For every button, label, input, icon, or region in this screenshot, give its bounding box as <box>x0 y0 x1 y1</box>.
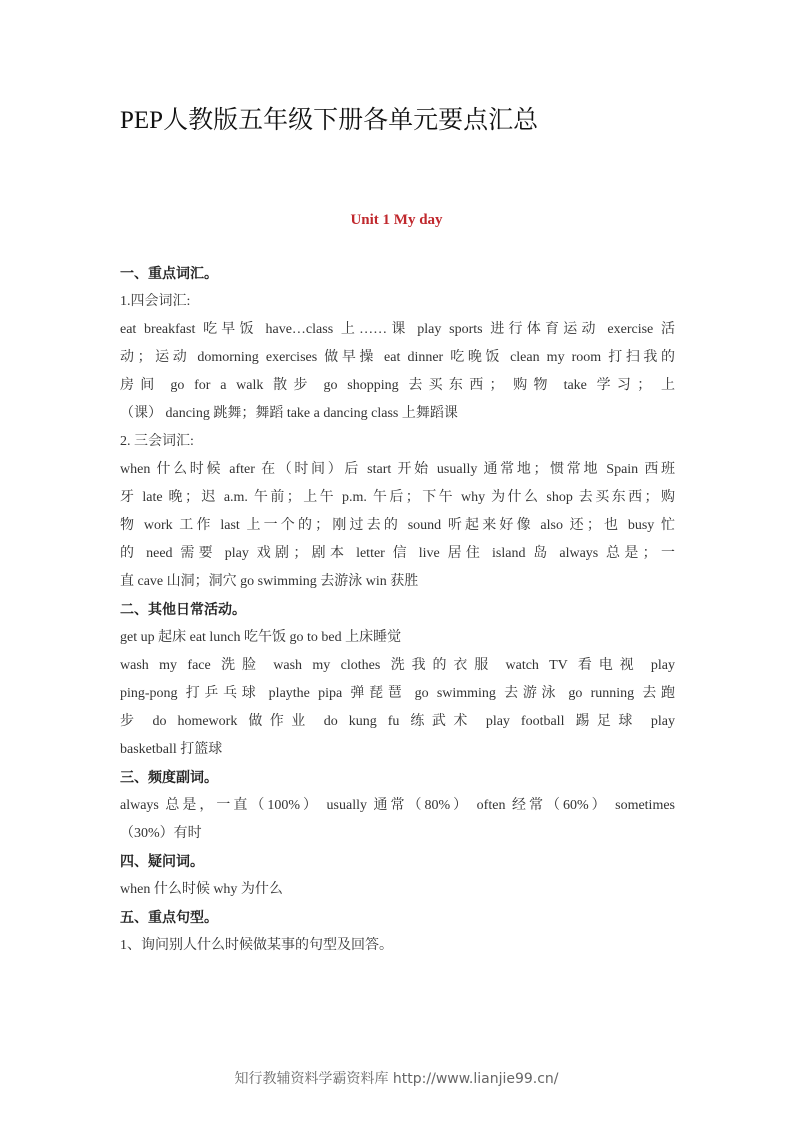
question-word-line: when 什么时候 why 为什么 <box>120 876 675 904</box>
document-title: PEP人教版五年级下册各单元要点汇总 <box>120 100 538 136</box>
section-heading-key-vocabulary: 一、重点词汇。 <box>120 260 675 288</box>
vocab-line: 房间 go for a walk 散步 go shopping 去买东西； 购物… <box>120 372 675 400</box>
vocab-line: 直 cave 山洞；洞穴 go swimming 去游泳 win 获胜 <box>120 568 675 596</box>
frequency-line: always 总是，一直（100%） usually 通常（80%） often… <box>120 792 675 820</box>
activity-line: wash my face 洗脸 wash my clothes 洗我的衣服 wa… <box>120 652 675 680</box>
subsection-label-three-skill-words: 2. 三会词汇: <box>120 428 675 456</box>
vocab-line: 动；运动 domorning exercises 做早操 eat dinner … <box>120 344 675 372</box>
activity-line: get up 起床 eat lunch 吃午饭 go to bed 上床睡觉 <box>120 624 675 652</box>
sentence-pattern-line: 1、询问别人什么时候做某事的句型及回答。 <box>120 932 675 960</box>
section-heading-key-sentences: 五、重点句型。 <box>120 904 675 932</box>
vocab-line: eat breakfast 吃早饭 have…class 上……课 play s… <box>120 316 675 344</box>
document-body: 一、重点词汇。 1.四会词汇: eat breakfast 吃早饭 have…c… <box>120 260 675 960</box>
vocab-line: when 什么时候 after 在（时间）后 start 开始 usually … <box>120 456 675 484</box>
activity-line: 步 do homework 做作业 do kung fu 练武术 play fo… <box>120 708 675 736</box>
subsection-label-four-skill-words: 1.四会词汇: <box>120 288 675 316</box>
frequency-line: （30%）有时 <box>120 820 675 848</box>
section-heading-question-words: 四、疑问词。 <box>120 848 675 876</box>
activity-line: basketball 打篮球 <box>120 736 675 764</box>
vocab-line: 牙 late 晚；迟 a.m. 午前；上午 p.m. 午后；下午 why 为什么… <box>120 484 675 512</box>
unit-title: Unit 1 My day <box>0 212 793 229</box>
vocab-line: （课） dancing 跳舞；舞蹈 take a dancing class 上… <box>120 400 675 428</box>
vocab-line: 物 work 工作 last 上一个的；刚过去的 sound 听起来好像 als… <box>120 512 675 540</box>
section-heading-daily-activities: 二、其他日常活动。 <box>120 596 675 624</box>
section-heading-frequency-adverbs: 三、频度副词。 <box>120 764 675 792</box>
footer-watermark: 知行教辅资料学霸资料库 http://www.lianjie99.cn/ <box>0 1068 793 1088</box>
vocab-line: 的 need 需要 play 戏剧；剧本 letter 信 live 居住 is… <box>120 540 675 568</box>
activity-line: ping-pong 打乒乓球 playthe pipa 弹琵琶 go swimm… <box>120 680 675 708</box>
